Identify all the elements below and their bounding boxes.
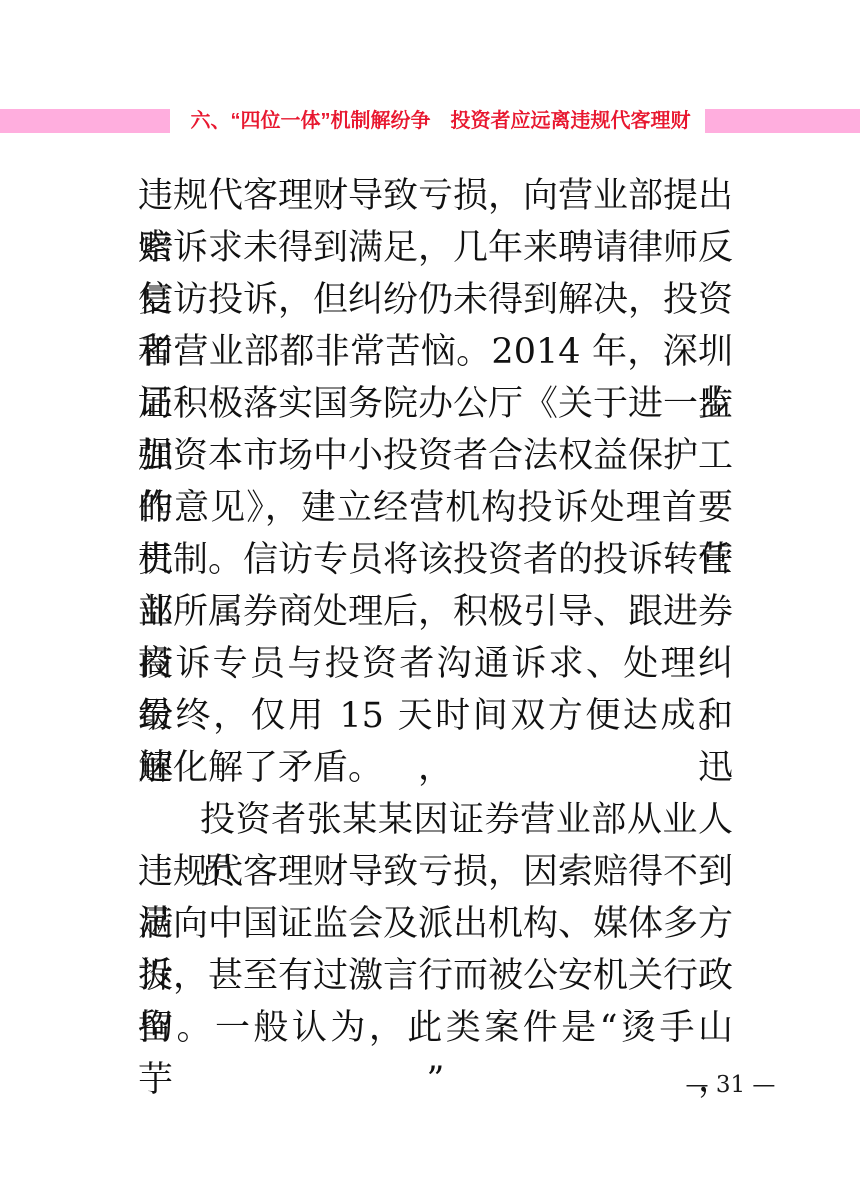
body-text: 违规代客理财导致亏损，向营业部提出索赔诉求未得到满足，几年来聘请律师反复信访投诉… bbox=[138, 170, 733, 1054]
text-line: 诉，甚至有过激言行而被公安机关行政拘 bbox=[138, 950, 733, 1002]
text-line: 投诉专员与投资者沟通诉求、处理纠纷。 bbox=[138, 638, 733, 690]
document-page: 六、“四位一体”机制解纷争 投资者应远离违规代客理财 违规代客理财导致亏损，向营… bbox=[0, 0, 866, 1189]
page-header: 六、“四位一体”机制解纷争 投资者应远离违规代客理财 bbox=[0, 108, 866, 134]
header-left-pink-bar bbox=[0, 109, 170, 133]
text-line: 违规代客理财导致亏损，向营业部提出索 bbox=[138, 170, 733, 222]
text-line: 和营业部都非常苦恼。2014 年，深圳证监 bbox=[138, 326, 733, 378]
text-line: 足向中国证监会及派出机构、媒体多方投 bbox=[138, 898, 733, 950]
text-line: 违规代客理财导致亏损，因索赔得不到满 bbox=[138, 846, 733, 898]
page-number: — 31 — bbox=[668, 1070, 793, 1100]
text-line: 留。一般认为，此类案件是“烫手山芋”， bbox=[138, 1002, 733, 1054]
text-line: 机制。信访专员将该投资者的投诉转营业 bbox=[138, 534, 733, 586]
text-line: 信访投诉，但纠纷仍未得到解决，投资者 bbox=[138, 274, 733, 326]
text-line: 部所属券商处理后，积极引导、跟进券商 bbox=[138, 586, 733, 638]
text-line: 赔诉求未得到满足，几年来聘请律师反复 bbox=[138, 222, 733, 274]
header-right-pink-bar bbox=[705, 109, 860, 133]
text-line: 局积极落实国务院办公厅《关于进一步加 bbox=[138, 378, 733, 430]
running-head-title: 六、“四位一体”机制解纷争 投资者应远离违规代客理财 bbox=[183, 108, 698, 134]
text-line: 最终，仅用 15 天时间双方便达成和解，迅 bbox=[138, 690, 733, 742]
text-line: 投资者张某某因证券营业部从业人员 bbox=[138, 794, 733, 846]
text-line: 强资本市场中小投资者合法权益保护工作 bbox=[138, 430, 733, 482]
text-line: 的意见》，建立经营机构投诉处理首要责任 bbox=[138, 482, 733, 534]
